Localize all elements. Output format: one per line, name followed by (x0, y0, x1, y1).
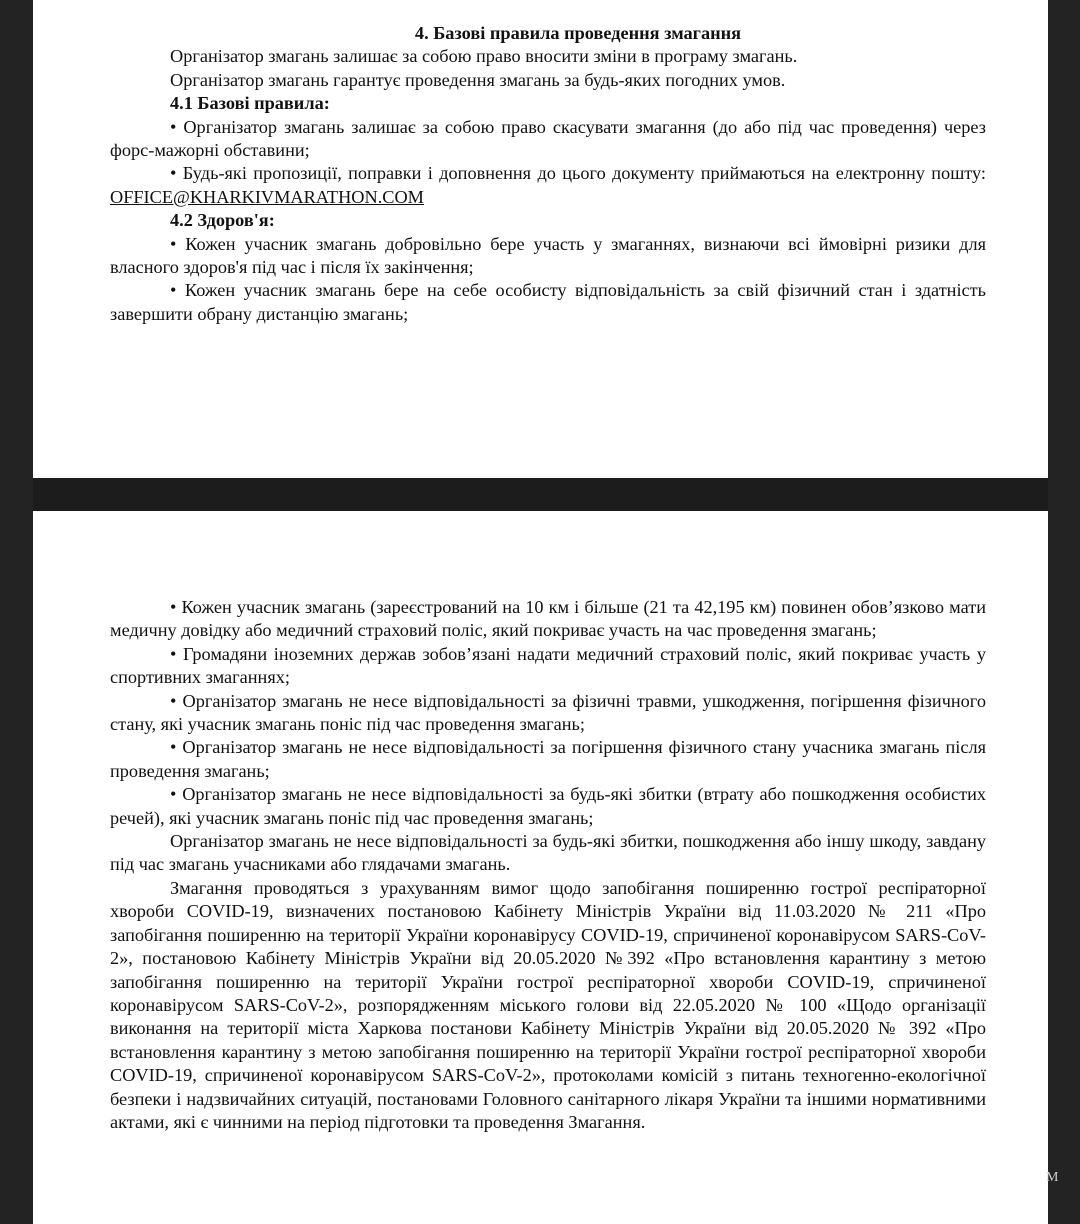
paragraph: Організатор змагань не несе відповідальн… (110, 830, 986, 877)
subsection-heading-4-2: 4.2 Здоров'я: (110, 209, 986, 232)
list-item-text: • Будь-які пропозиції, поправки і доповн… (170, 163, 986, 183)
list-item: • Організатор змагань не несе відповідал… (110, 783, 986, 830)
email-link[interactable]: OFFICE@KHARKIVMARATHON.COM (110, 187, 424, 207)
intro-paragraph: Організатор змагань залишає за собою пра… (110, 45, 986, 68)
list-item: • Кожен учасник змагань бере на себе осо… (110, 279, 986, 326)
paragraph: Змагання проводяться з урахуванням вимог… (110, 877, 986, 1134)
page-2-content: • Кожен учасник змагань (зареєстрований … (110, 596, 986, 1134)
page-separator (33, 478, 1048, 511)
list-item: • Будь-які пропозиції, поправки і доповн… (110, 162, 986, 209)
subsection-heading-4-1: 4.1 Базові правила: (110, 92, 986, 115)
page-1-content: 4. Базові правила проведення змагання Ор… (110, 22, 986, 326)
intro-paragraph: Організатор змагань гарантує проведення … (110, 69, 986, 92)
document-page-2: • Кожен учасник змагань (зареєстрований … (33, 511, 1048, 1224)
side-mark: M (1046, 1170, 1058, 1186)
list-item: • Організатор змагань не несе відповідал… (110, 690, 986, 737)
list-item: • Громадяни іноземних держав зобов’язані… (110, 643, 986, 690)
list-item: • Кожен учасник змагань (зареєстрований … (110, 596, 986, 643)
list-item: • Організатор змагань не несе відповідал… (110, 736, 986, 783)
list-item: • Кожен учасник змагань добровільно бере… (110, 233, 986, 280)
document-page-1: 4. Базові правила проведення змагання Ор… (33, 0, 1048, 478)
section-title: 4. Базові правила проведення змагання (110, 22, 986, 45)
list-item: • Організатор змагань залишає за собою п… (110, 116, 986, 163)
